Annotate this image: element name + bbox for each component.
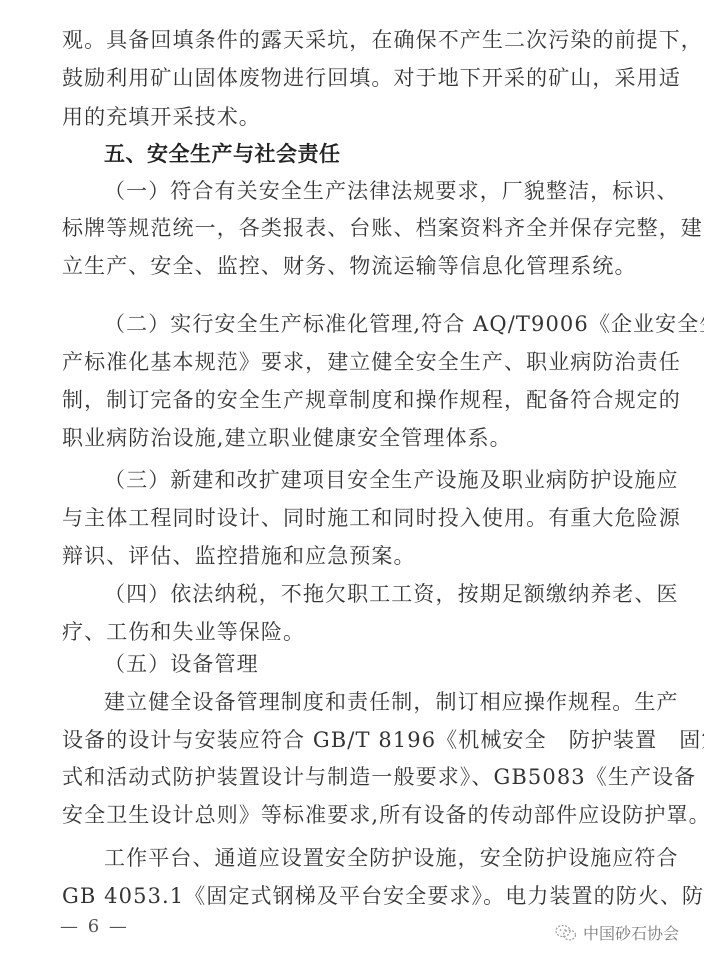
clause-5-line: 设备的设计与安装应符合 GB/T 8196《机械安全 防护装置 固定 — [62, 726, 662, 754]
clause-2-line: （二）实行安全生产标准化管理,符合 AQ/T9006《企业安全生 — [104, 310, 662, 338]
clause-5-line: 建立健全设备管理制度和责任制，制订相应操作规程。生产 — [104, 688, 662, 716]
clause-1-line: （一）符合有关安全生产法律法规要求，厂貌整洁，标识、 — [104, 177, 662, 205]
clause-2-line: 职业病防治设施,建立职业健康安全管理体系。 — [62, 424, 662, 452]
body-line: 观。具备回填条件的露天采坑，在确保不产生二次污染的前提下， — [62, 26, 662, 54]
body-line: 鼓励利用矿山固体废物进行回填。对于地下开采的矿山，采用适 — [62, 64, 662, 92]
clause-3-line: 辩识、评估、监控措施和应急预案。 — [62, 542, 662, 570]
watermark: 中国砂石协会 — [555, 921, 679, 944]
clause-1-line: 立生产、安全、监控、财务、物流运输等信息化管理系统。 — [62, 252, 662, 280]
watermark-text: 中国砂石协会 — [583, 921, 679, 944]
clause-4-line: 疗、工伤和失业等保险。 — [62, 618, 662, 646]
clause-5-line: 工作平台、通道应设置安全防护设施，安全防护设施应符合 — [104, 844, 662, 872]
clause-5-line: 式和活动式防护装置设计与制造一般要求》、GB5083《生产设备 — [62, 763, 662, 791]
clause-2-line: 制，制订完备的安全生产规章制度和操作规程，配备符合规定的 — [62, 386, 662, 414]
clause-4-line: （四）依法纳税，不拖欠职工工资，按期足额缴纳养老、医 — [104, 580, 662, 608]
clause-3-line: （三）新建和改扩建项目安全生产设施及职业病防护设施应 — [104, 466, 662, 494]
clause-5-line: 安全卫生设计总则》等标准要求,所有设备的传动部件应设防护罩。 — [62, 801, 662, 829]
clause-2-line: 产标准化基本规范》要求，建立健全安全生产、职业病防治责任 — [62, 348, 662, 376]
document-page: 观。具备回填条件的露天采坑，在确保不产生二次污染的前提下， 鼓励利用矿山固体废物… — [0, 0, 704, 968]
page-number: — 6 — — [60, 916, 129, 937]
clause-1-line: 标牌等规范统一，各类报表、台账、档案资料齐全并保存完整，建 — [62, 214, 662, 242]
body-line: 用的充填开采技术。 — [62, 103, 662, 131]
clause-5-title: （五）设备管理 — [104, 650, 662, 678]
clause-3-line: 与主体工程同时设计、同时施工和同时投入使用。有重大危险源 — [62, 504, 662, 532]
wechat-icon — [555, 924, 577, 942]
clause-5-line: GB 4053.1《固定式钢梯及平台安全要求》。电力装置的防火、防 — [62, 882, 662, 910]
section-heading: 五、安全生产与社会责任 — [104, 140, 662, 168]
